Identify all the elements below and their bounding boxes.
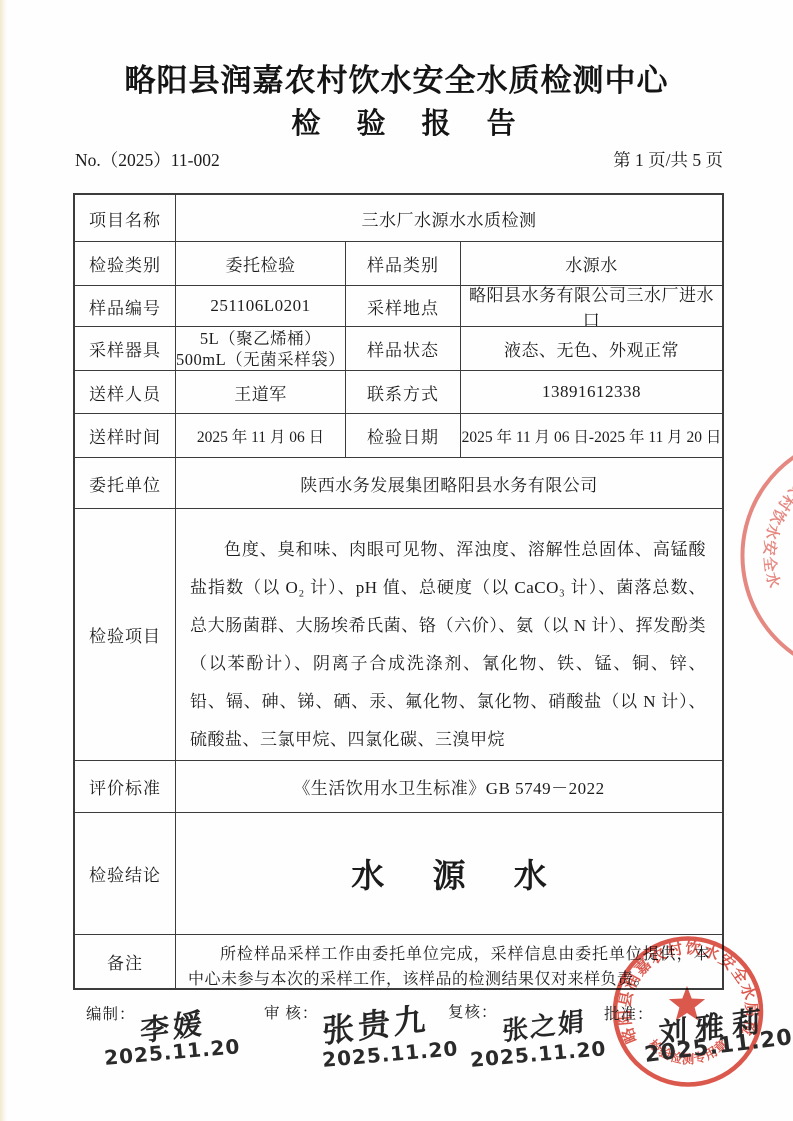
signoff-reviewed: 审 核：张贵九 2025.11.20 [264,1000,430,1046]
field-value-conclusion: 水 源 水 [175,812,722,934]
report-title: 检 验 报 告 [14,101,793,142]
field-label-contact-phone: 联系方式 [345,370,460,413]
org-title: 略阳县润嘉农村饮水安全水质检测中心 [0,55,793,100]
table-row: 项目名称 三水厂水源水水质检测 [75,195,722,241]
field-value-sampling-location: 略阳县水务有限公司三水厂进水口 [460,285,722,326]
field-label-conclusion: 检验结论 [75,812,175,934]
field-label-evaluation-standard: 评价标准 [75,760,175,812]
field-value-evaluation-standard: 《生活饮用水卫生标准》GB 5749－2022 [175,760,722,812]
reviewed-role-label: 审 核： [264,1005,318,1022]
container-line-1: 5L（聚乙烯桶） [200,328,321,349]
report-table: 项目名称 三水厂水源水水质检测 检验类别 委托检验 样品类别 水源水 样品编号 … [73,193,724,990]
field-label-sampling-location: 采样地点 [345,285,460,326]
signoff-approved: 批准：刘雅莉 2025.11.20 [604,1002,769,1046]
approved-role-label: 批准： [604,1006,654,1023]
scan-edge-shadow [0,0,7,1121]
field-value-sample-no: 251106L0201 [175,285,345,326]
table-row: 检验结论 水 源 水 [75,812,722,934]
table-row: 评价标准 《生活饮用水卫生标准》GB 5749－2022 [75,760,722,812]
field-label-sample-no: 样品编号 [75,285,175,326]
field-label-sample-sender: 送样人员 [75,370,175,413]
table-row: 采样器具 5L（聚乙烯桶） 500mL（无菌采样袋） 样品状态 液态、无色、外观… [75,326,722,370]
field-value-client-unit: 陕西水务发展集团略阳县水务有限公司 [175,457,722,508]
meta-row: No.（2025）11-002 第 1 页/共 5 页 [75,147,723,172]
field-label-sampling-container: 采样器具 [75,326,175,370]
verified-role-label: 复核： [448,1004,498,1021]
table-row: 送样人员 王道军 联系方式 13891612338 [75,370,722,413]
field-value-sample-sender: 王道军 [175,370,345,413]
field-label-client-unit: 委托单位 [75,457,175,508]
field-value-sampling-container: 5L（聚乙烯桶） 500mL（无菌采样袋） [175,326,345,370]
field-value-contact-phone: 13891612338 [460,370,722,413]
signoff-prepared: 编制：李媛 2025.11.20 [86,1002,206,1046]
field-value-sample-status: 液态、无色、外观正常 [460,326,722,370]
field-label-inspection-items: 检验项目 [75,508,175,760]
field-label-sample-status: 样品状态 [345,326,460,370]
field-label-remarks: 备注 [75,934,175,988]
field-label-project-name: 项目名称 [75,195,175,241]
container-line-2: 500mL（无菌采样袋） [176,349,345,370]
table-row: 样品编号 251106L0201 采样地点 略阳县水务有限公司三水厂进水口 [75,285,722,326]
prepared-date: 2025.11.20 [103,1034,241,1070]
field-label-inspection-date: 检验日期 [345,413,460,457]
field-value-delivery-date: 2025 年 11 月 06 日 [175,413,345,457]
page-indicator: 第 1 页/共 5 页 [613,147,723,172]
edge-stamp-fragment: 农村饮水安全水质检 [700,400,793,670]
edge-stamp-ring [717,410,793,670]
field-value-inspection-items: 色度、臭和味、肉眼可见物、浑浊度、溶解性总固体、高锰酸盐指数（以 O₂ 计）、p… [175,508,722,760]
edge-stamp-text: 农村饮水安全水质检 [700,400,793,595]
field-value-inspection-type: 委托检验 [175,241,345,285]
signoff-verified: 复核：张之娟 2025.11.20 [448,1000,586,1043]
report-number: No.（2025）11-002 [75,147,220,172]
field-label-inspection-type: 检验类别 [75,241,175,285]
field-label-sample-category: 样品类别 [345,241,460,285]
field-value-inspection-date: 2025 年 11 月 06 日-2025 年 11 月 20 日 [460,413,722,457]
prepared-role-label: 编制： [86,1006,136,1023]
table-row: 检验项目 色度、臭和味、肉眼可见物、浑浊度、溶解性总固体、高锰酸盐指数（以 O₂… [75,508,722,760]
report-page: 略阳县润嘉农村饮水安全水质检测中心 检 验 报 告 No.（2025）11-00… [0,0,793,1121]
table-row: 委托单位 陕西水务发展集团略阳县水务有限公司 [75,457,722,508]
field-label-delivery-date: 送样时间 [75,413,175,457]
table-row: 送样时间 2025 年 11 月 06 日 检验日期 2025 年 11 月 0… [75,413,722,457]
field-value-sample-category: 水源水 [460,241,722,285]
table-row: 检验类别 委托检验 样品类别 水源水 [75,241,722,285]
verified-date: 2025.11.20 [469,1036,607,1072]
field-value-project-name: 三水厂水源水水质检测 [175,195,722,241]
